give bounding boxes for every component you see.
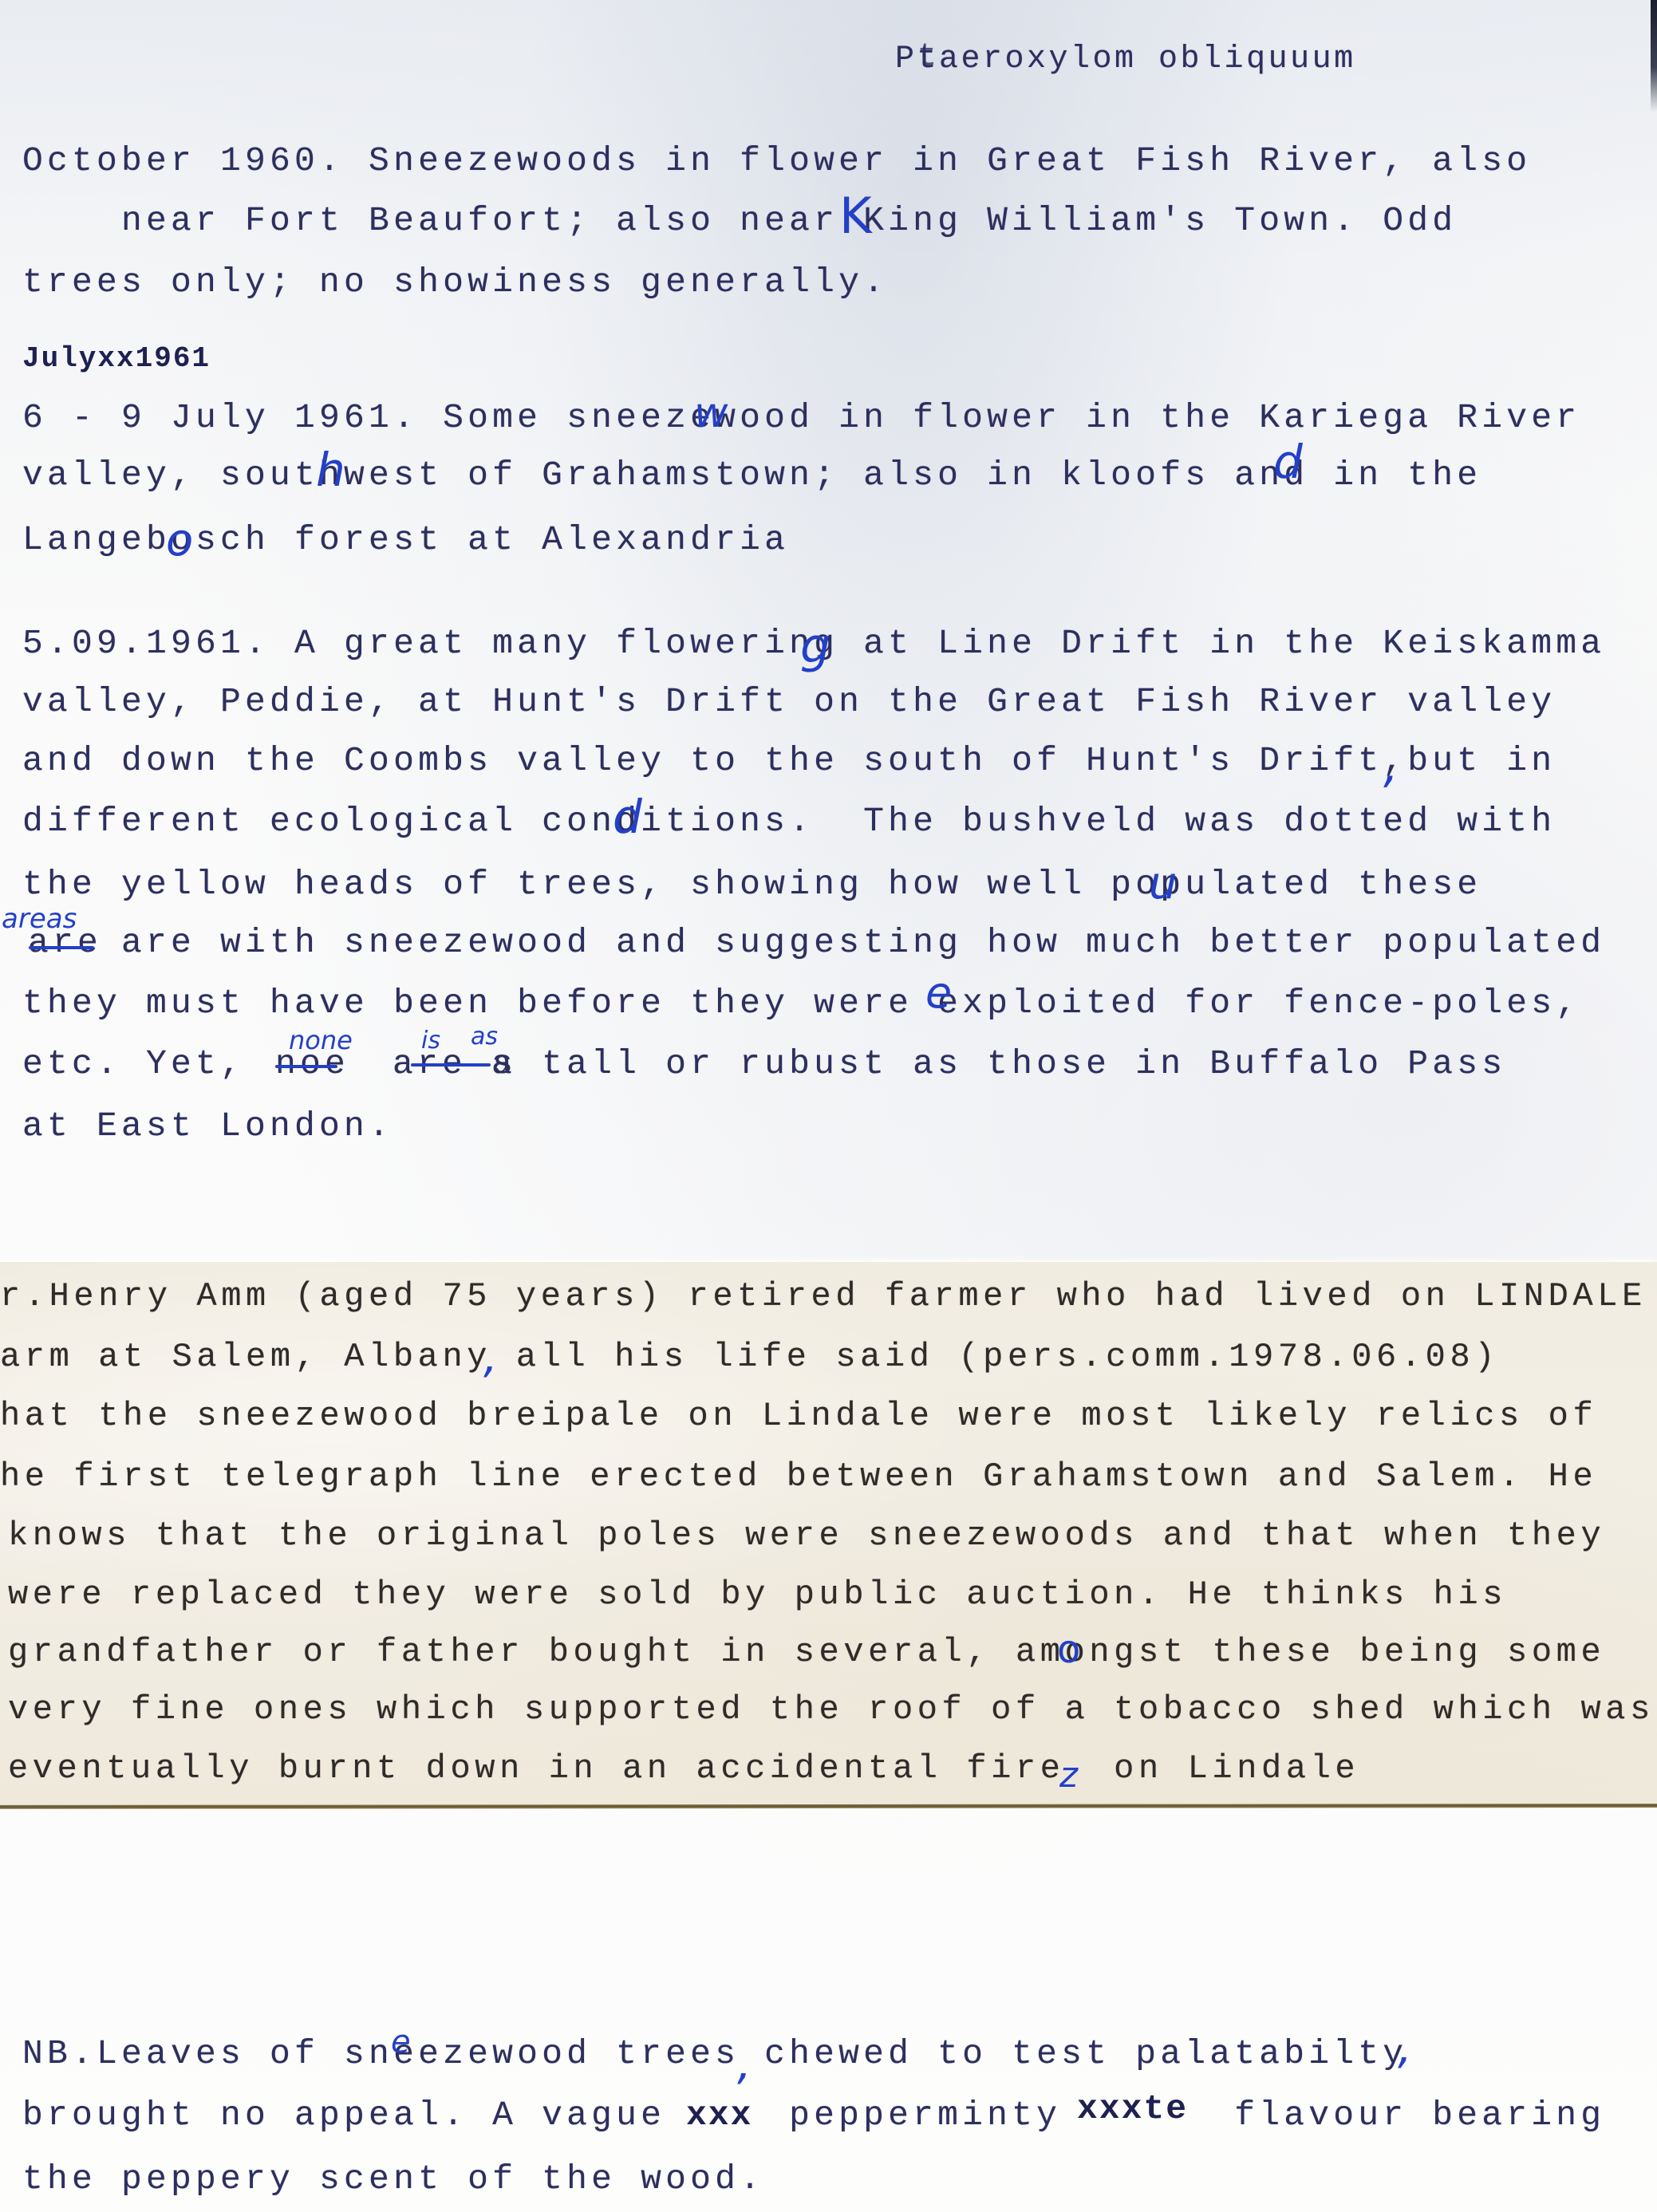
oct1960-line-1: October 1960. Sneezewoods in flower in G… (22, 144, 1531, 178)
sep1961-line-4: different ecological conditions. The bus… (22, 804, 1556, 838)
pasted-line-9: eventually burnt down in an accidental f… (8, 1752, 1359, 1785)
pasted-line-2: arm at Salem, Albany all his life said (… (0, 1340, 1499, 1374)
scan-edge (1651, 0, 1657, 112)
ink-correction-comma: , (1383, 742, 1399, 790)
ink-correction-as: as (471, 1025, 498, 1049)
nb-line-2: brought no appeal. A vague pepperminty f… (22, 2098, 1605, 2132)
ink-correction-d2: d (613, 794, 642, 840)
ink-correction-none: none (289, 1027, 353, 1053)
document-page: Ptaeroxylom obliquuum t October 1960. Sn… (0, 0, 1657, 2212)
pasted-line-6: were replaced they were sold by public a… (8, 1578, 1507, 1611)
ink-correction-e: e (925, 972, 952, 1015)
pasted-line-4: he first telegraph line erected between … (0, 1460, 1597, 1493)
ink-correction-o-amongst: o (1057, 1630, 1080, 1669)
sep1961-line-9: at East London. (22, 1109, 393, 1143)
struck-xxx: xxx (686, 2098, 752, 2132)
nb-line-3: the peppery scent of the wood. (22, 2162, 764, 2196)
sep1961-line-8: etc. Yet, s tall or rubust as those in B… (22, 1047, 1506, 1081)
ink-correction-is: is (421, 1029, 440, 1053)
strike-noe (275, 1065, 337, 1068)
struck-xxxte: xxxte (1077, 2092, 1188, 2126)
pasted-line-1: r.Henry Amm (aged 75 years) retired farm… (0, 1279, 1647, 1313)
ink-correction-w: w (694, 392, 728, 434)
ink-correction-o: o (166, 518, 193, 563)
jul1961-line-1: 6 - 9 July 1961. Some sneezewood in flow… (22, 400, 1580, 435)
strike-are (29, 946, 94, 949)
sep1961-line-6: are with sneezewood and suggesting how m… (22, 925, 1605, 960)
title-overstrike: t (917, 41, 940, 73)
ink-correction-d: d (1273, 439, 1303, 485)
ink-correction-K: K (839, 191, 872, 241)
sep1961-line-7: they must have been before they were exp… (22, 986, 1580, 1020)
pasted-line-7: grandfather or father bought in several,… (8, 1635, 1605, 1669)
strike-are-2 (411, 1063, 491, 1067)
ink-correction-areas: areas (2, 905, 77, 933)
pasted-line-5: knows that the original poles were sneez… (8, 1519, 1605, 1552)
document-title: Ptaeroxylom obliquuum (895, 44, 1356, 76)
ink-correction-u: u (1149, 862, 1178, 906)
ink-correction-h: h (316, 447, 345, 493)
pasted-line-3: hat the sneezewood breipale on Lindale w… (0, 1399, 1597, 1433)
oct1960-line-2: near Fort Beaufort; also near King Willi… (22, 203, 1457, 238)
ink-correction-comma-trees: , (737, 2042, 752, 2087)
oct1960-line-3: trees only; no showiness generally. (22, 265, 888, 299)
nb-line-1: NB.Leaves of sneezewood trees chewed to … (22, 2037, 1407, 2071)
ink-correction-z: z (1059, 1758, 1078, 1793)
jul1961-line-2: valley, southwest of Grahamstown; also i… (22, 458, 1481, 492)
ink-correction-comma-palatabilty: , (1398, 2026, 1412, 2071)
pasted-note-strip: r.Henry Amm (aged 75 years) retired farm… (0, 1262, 1657, 1806)
pasted-line-8: very fine ones which supported the roof … (8, 1693, 1655, 1726)
jul1961-line-3: Langebosch forest at Alexandria (22, 522, 789, 557)
pasted-strip-edge (0, 1804, 1657, 1809)
ink-correction-e-sneezewood: e (391, 2026, 411, 2058)
ink-correction-comma-albany: , (483, 1335, 498, 1380)
sep1961-line-2: valley, Peddie, at Hunt's Drift on the G… (22, 684, 1556, 719)
struck-heading: Julyxx1961 (22, 345, 211, 373)
ink-correction-g: g (800, 622, 830, 670)
sep1961-line-5: the yellow heads of trees, showing how w… (22, 867, 1481, 901)
sep1961-line-3: and down the Coombs valley to the south … (22, 743, 1556, 778)
